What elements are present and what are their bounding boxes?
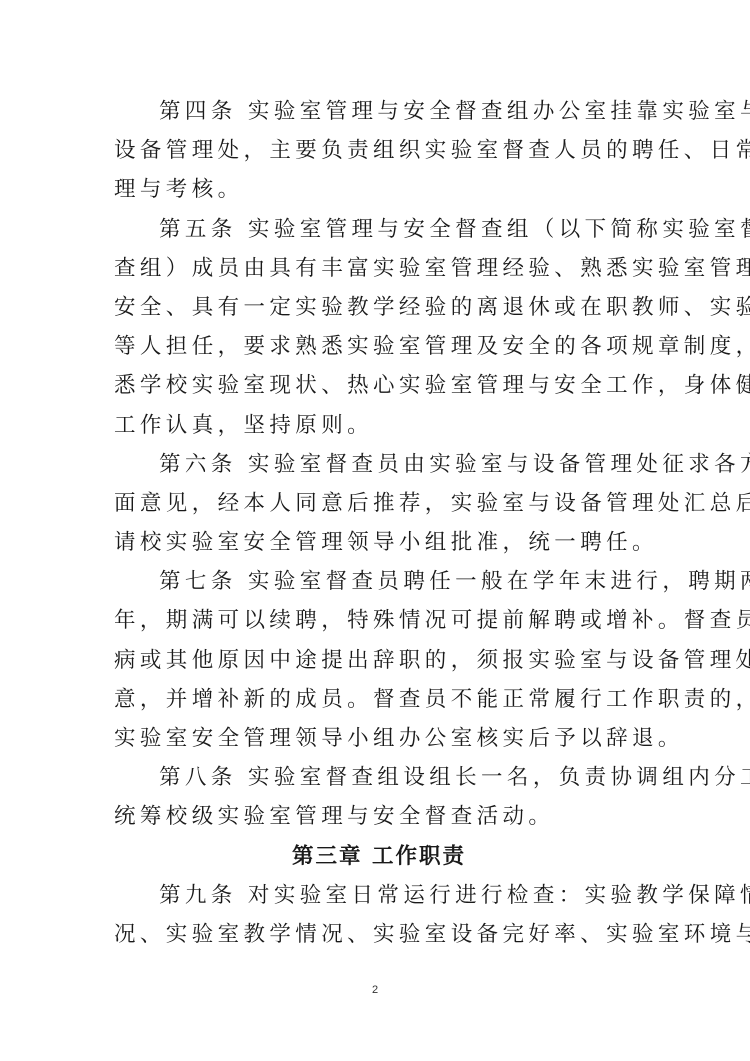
paragraph-line: 请校实验室安全管理领导小组批准，统一聘任。 bbox=[114, 523, 636, 562]
paragraph-line: 况、实验室教学情况、实验室设备完好率、实验室环境与卫 bbox=[114, 915, 636, 954]
paragraph-line: 第七条 实验室督查员聘任一般在学年末进行，聘期两 bbox=[114, 562, 636, 601]
paragraph-line: 查组）成员由具有丰富实验室管理经验、熟悉实验室管理与 bbox=[114, 249, 636, 288]
document-page: 第四条 实验室管理与安全督查组办公室挂靠实验室与 设备管理处，主要负责组织实验室… bbox=[114, 92, 636, 954]
chapter-heading: 第三章 工作职责 bbox=[114, 837, 636, 876]
page-number: 2 bbox=[0, 984, 750, 996]
paragraph-line: 工作认真，坚持原则。 bbox=[114, 406, 636, 445]
paragraph-line: 病或其他原因中途提出辞职的，须报实验室与设备管理处同 bbox=[114, 641, 636, 680]
paragraph-line: 安全、具有一定实验教学经验的离退休或在职教师、实验员 bbox=[114, 288, 636, 327]
article-5-paragraph: 第五条 实验室管理与安全督查组（以下简称实验室督 查组）成员由具有丰富实验室管理… bbox=[114, 210, 636, 445]
paragraph-line: 面意见，经本人同意后推荐，实验室与设备管理处汇总后报 bbox=[114, 484, 636, 523]
paragraph-line: 年，期满可以续聘，特殊情况可提前解聘或增补。督查员因 bbox=[114, 601, 636, 640]
paragraph-line: 设备管理处，主要负责组织实验室督查人员的聘任、日常管 bbox=[114, 131, 636, 170]
paragraph-line: 悉学校实验室现状、热心实验室管理与安全工作，身体健康， bbox=[114, 366, 636, 405]
paragraph-line: 意，并增补新的成员。督查员不能正常履行工作职责的，经 bbox=[114, 680, 636, 719]
article-9-paragraph: 第九条 对实验室日常运行进行检查：实验教学保障情 况、实验室教学情况、实验室设备… bbox=[114, 876, 636, 954]
article-7-paragraph: 第七条 实验室督查员聘任一般在学年末进行，聘期两 年，期满可以续聘，特殊情况可提… bbox=[114, 562, 636, 758]
article-4-paragraph: 第四条 实验室管理与安全督查组办公室挂靠实验室与 设备管理处，主要负责组织实验室… bbox=[114, 92, 636, 210]
paragraph-line: 第四条 实验室管理与安全督查组办公室挂靠实验室与 bbox=[114, 92, 636, 131]
paragraph-line: 第六条 实验室督查员由实验室与设备管理处征求各方 bbox=[114, 445, 636, 484]
paragraph-line: 实验室安全管理领导小组办公室核实后予以辞退。 bbox=[114, 719, 636, 758]
paragraph-line: 第八条 实验室督查组设组长一名，负责协调组内分工， bbox=[114, 758, 636, 797]
paragraph-line: 等人担任，要求熟悉实验室管理及安全的各项规章制度，熟 bbox=[114, 327, 636, 366]
paragraph-line: 第五条 实验室管理与安全督查组（以下简称实验室督 bbox=[114, 210, 636, 249]
paragraph-line: 统筹校级实验室管理与安全督查活动。 bbox=[114, 797, 636, 836]
paragraph-line: 理与考核。 bbox=[114, 170, 636, 209]
article-6-paragraph: 第六条 实验室督查员由实验室与设备管理处征求各方 面意见，经本人同意后推荐，实验… bbox=[114, 445, 636, 563]
paragraph-line: 第九条 对实验室日常运行进行检查：实验教学保障情 bbox=[114, 876, 636, 915]
article-8-paragraph: 第八条 实验室督查组设组长一名，负责协调组内分工， 统筹校级实验室管理与安全督查… bbox=[114, 758, 636, 836]
